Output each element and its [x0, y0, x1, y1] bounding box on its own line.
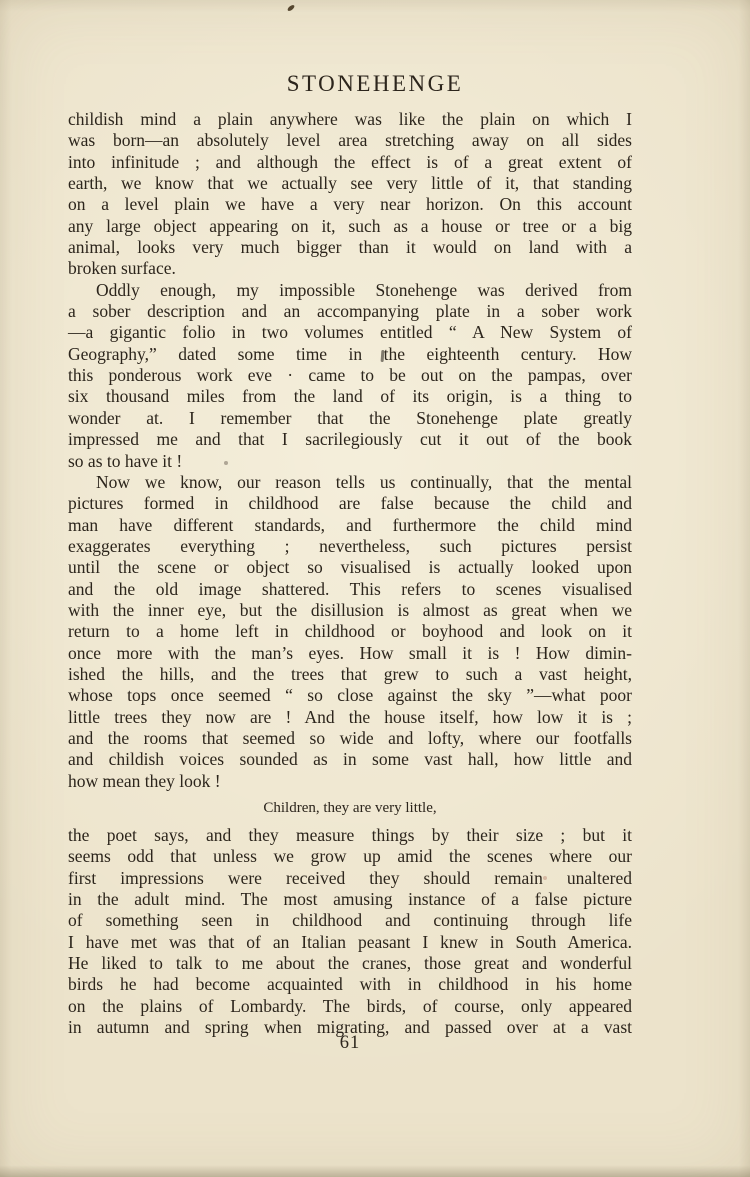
text-line: Oddly enough, my impossible Stonehenge w…	[68, 280, 632, 301]
text-line: whose tops once seemed “ so close agains…	[68, 685, 632, 706]
text-line: Geography,” dated some time in the eight…	[68, 344, 632, 365]
text-line: return to a home left in childhood or bo…	[68, 621, 632, 642]
paragraph: Now we know, our reason tells us continu…	[68, 472, 632, 792]
text-line: childish mind a plain anywhere was like …	[68, 109, 632, 130]
text-line: and the rooms that seemed so wide and lo…	[68, 728, 632, 749]
text-line: broken surface.	[68, 258, 632, 279]
text-line: animal, looks very much bigger than it w…	[68, 237, 632, 258]
text-line: I have met was that of an Italian peasan…	[68, 932, 632, 953]
text-line: ished the hills, and the trees that grew…	[68, 664, 632, 685]
text-line: first impressions were received they sho…	[68, 868, 632, 889]
verse-quote: Children, they are very little,	[68, 798, 632, 818]
text-line: in the adult mind. The most amusing inst…	[68, 889, 632, 910]
text-line: with the inner eye, but the disillusion …	[68, 600, 632, 621]
page-number: 61	[68, 1033, 632, 1054]
text-line: and childish voices sounded as in some v…	[68, 749, 632, 770]
text-line: any large object appearing on it, such a…	[68, 216, 632, 237]
text-line: He liked to talk to me about the cranes,…	[68, 953, 632, 974]
paragraph: Oddly enough, my impossible Stonehenge w…	[68, 280, 632, 472]
text-line: into infinitude ; and although the effec…	[68, 152, 632, 173]
text-line: and the old image shattered. This refers…	[68, 579, 632, 600]
text-line: until the scene or object so visualised …	[68, 557, 632, 578]
text-line: man have different standards, and furthe…	[68, 515, 632, 536]
text-line: six thousand miles from the land of its …	[68, 386, 632, 407]
text-line: so as to have it !	[68, 451, 632, 472]
text-line: was born—an absolutely level area stretc…	[68, 130, 632, 151]
text-line: of something seen in childhood and conti…	[68, 910, 632, 931]
text-line: on the plains of Lombardy. The birds, of…	[68, 996, 632, 1017]
text-line: birds he had become acquainted with in c…	[68, 974, 632, 995]
text-line: little trees they now are ! And the hous…	[68, 707, 632, 728]
text-block: childish mind a plain anywhere was like …	[68, 109, 632, 1038]
text-line: how mean they look !	[68, 771, 632, 792]
text-line: impressed me and that I sacrilegiously c…	[68, 429, 632, 450]
text-line: this ponderous work eve · came to be out…	[68, 365, 632, 386]
text-line: on a level plain we have a very near hor…	[68, 194, 632, 215]
paragraph: the poet says, and they measure things b…	[68, 825, 632, 1038]
text-line: once more with the man’s eyes. How small…	[68, 643, 632, 664]
text-line: Now we know, our reason tells us continu…	[68, 472, 632, 493]
running-head-title: STONEHENGE	[0, 71, 750, 97]
text-line: wonder at. I remember that the Stoneheng…	[68, 408, 632, 429]
text-line: Children, they are very little,	[68, 798, 632, 818]
text-line: —a gigantic folio in two volumes entitle…	[68, 322, 632, 343]
text-line: a sober description and an accompanying …	[68, 301, 632, 322]
paragraph: childish mind a plain anywhere was like …	[68, 109, 632, 280]
text-line: earth, we know that we actually see very…	[68, 173, 632, 194]
text-line: exaggerates everything ; nevertheless, s…	[68, 536, 632, 557]
text-line: seems odd that unless we grow up amid th…	[68, 846, 632, 867]
text-line: pictures formed in childhood are false b…	[68, 493, 632, 514]
text-line: the poet says, and they measure things b…	[68, 825, 632, 846]
